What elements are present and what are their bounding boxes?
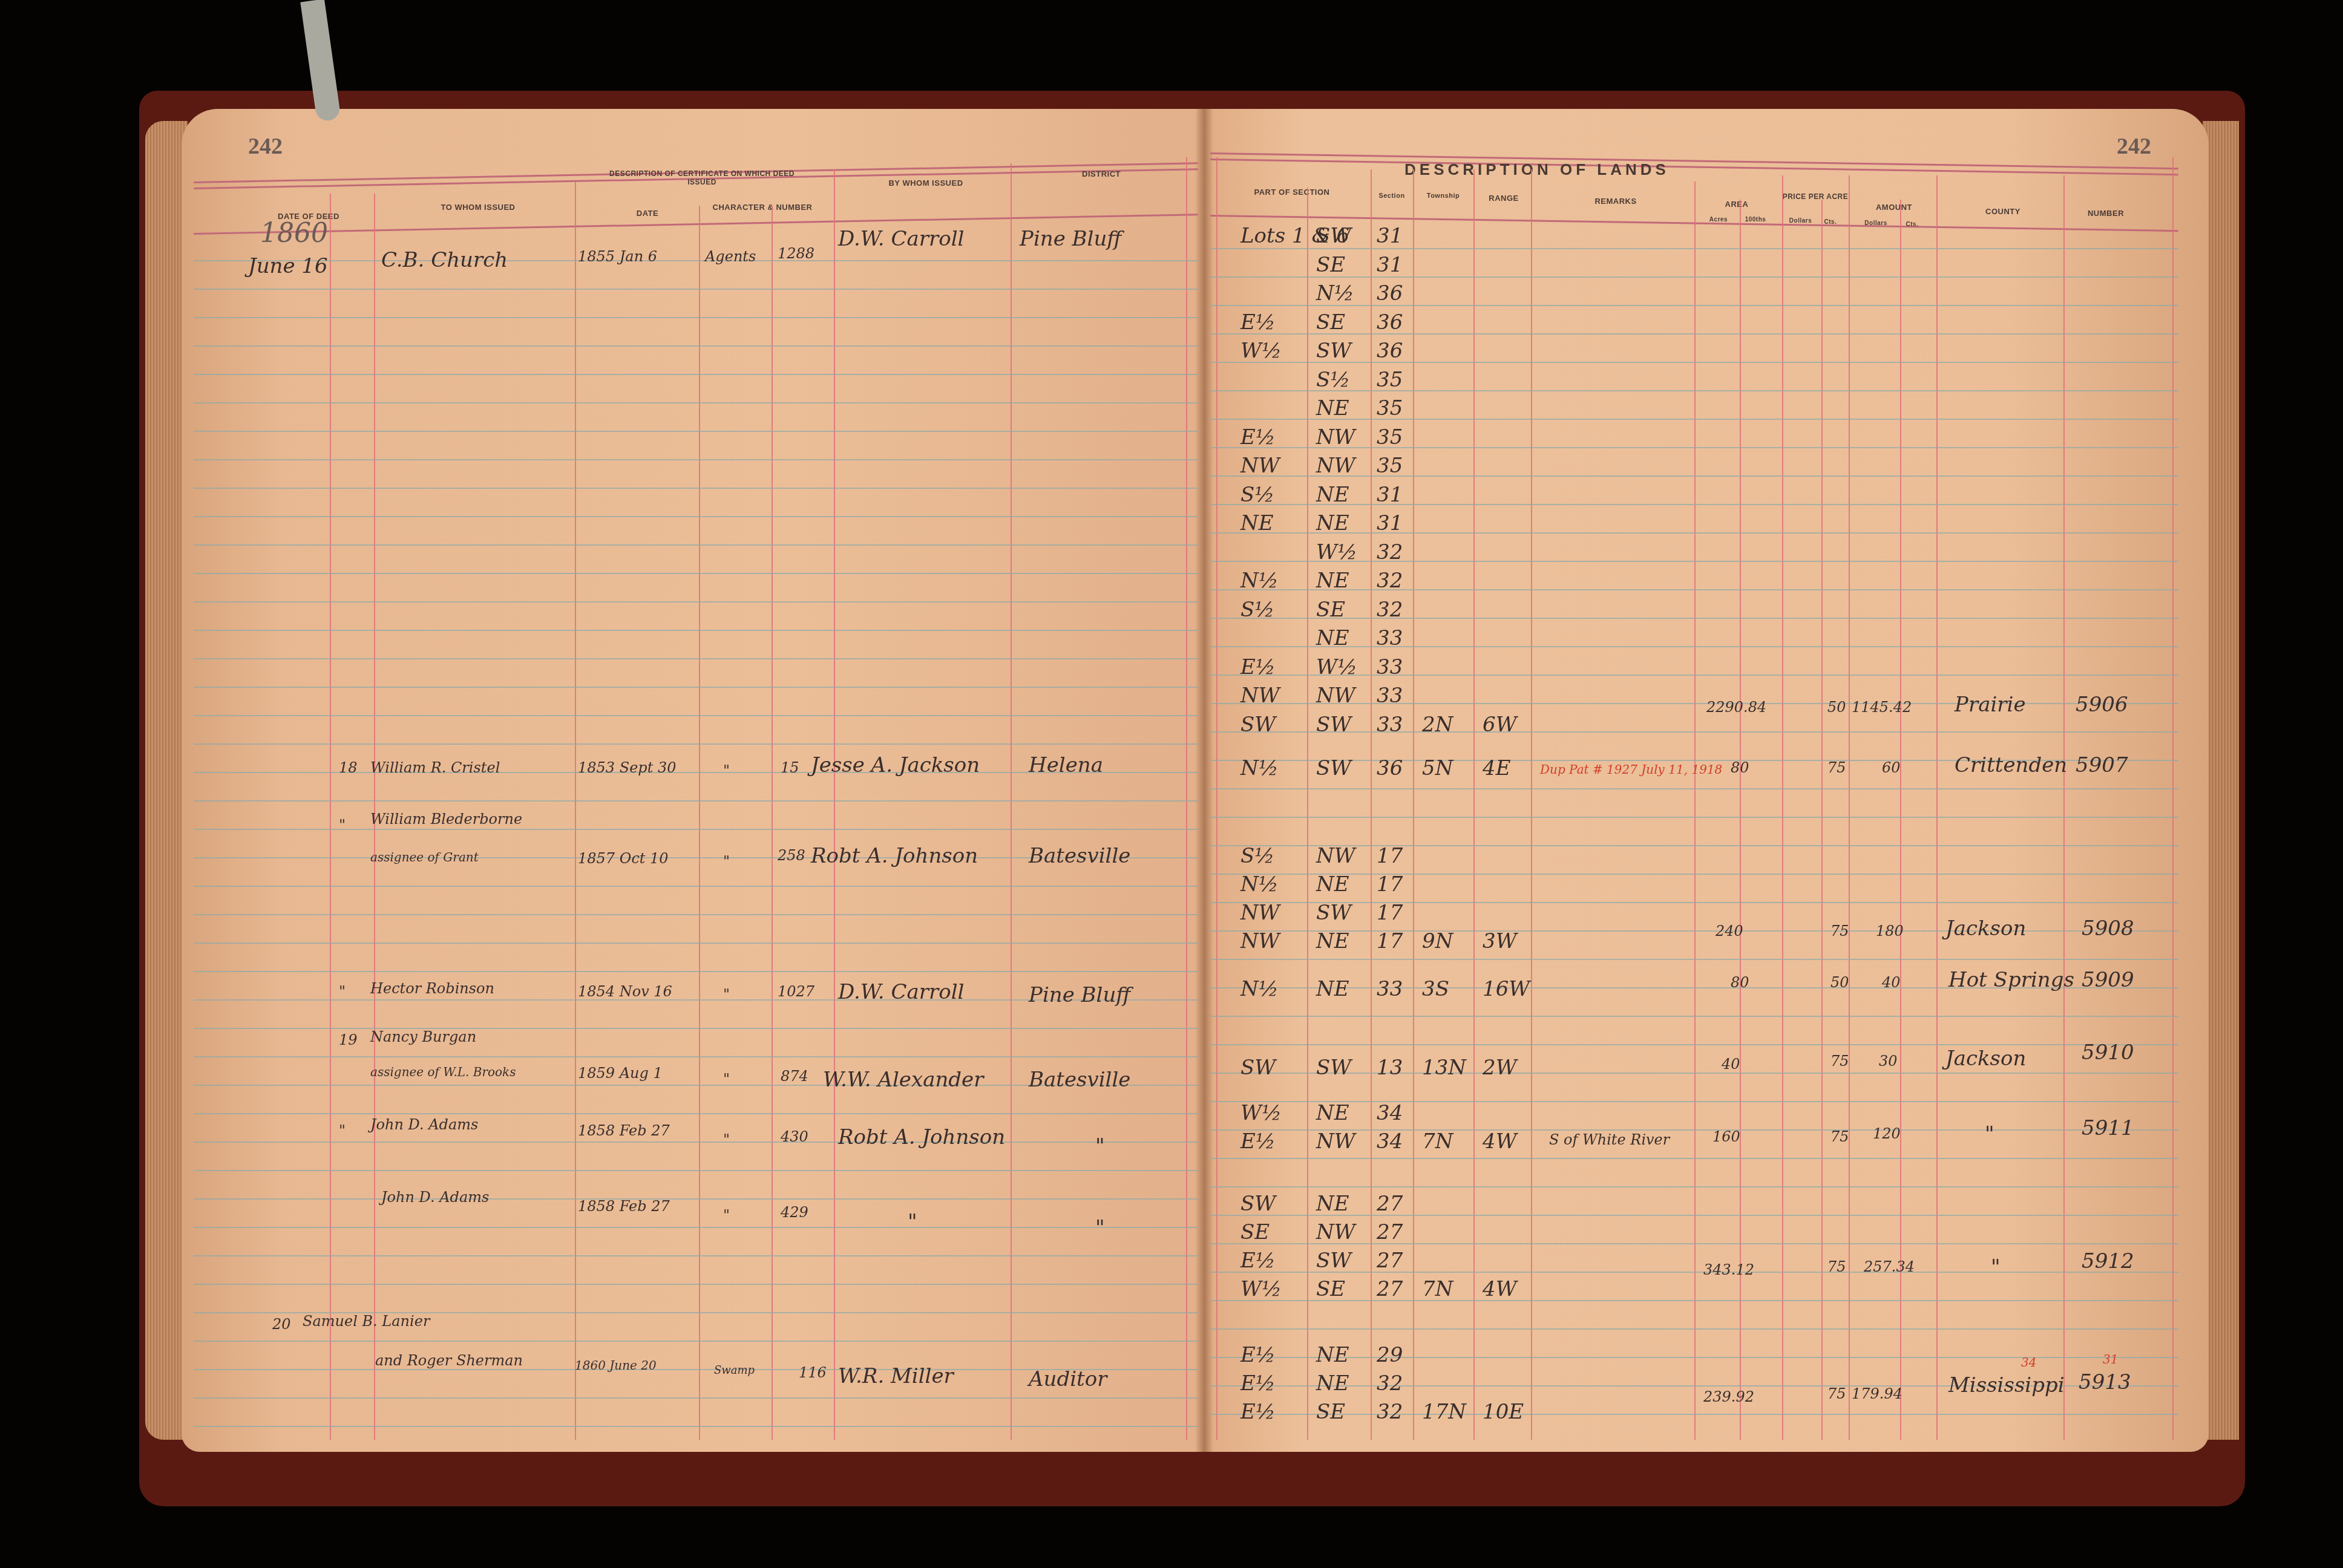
ledger-line: [1210, 532, 2178, 534]
quarter-section: SE: [1316, 1400, 1345, 1424]
book-gutter: [1195, 109, 1213, 1452]
ledger-line: [1210, 1073, 2178, 1074]
township: 2N: [1422, 713, 1453, 737]
part-of-section: S½: [1240, 483, 1274, 507]
certificate-character: ": [723, 762, 730, 779]
section-number: 32: [1377, 1371, 1403, 1396]
township: 17N: [1422, 1400, 1466, 1424]
certificate-number: 429: [781, 1204, 808, 1221]
record-number: 5913: [2079, 1370, 2131, 1394]
part-of-section: E½: [1240, 1129, 1276, 1154]
district: ": [1095, 1216, 1105, 1240]
ledger-line: [194, 687, 1198, 688]
quarter-section: NE: [1316, 1343, 1349, 1367]
ledger-line: [1210, 1044, 2178, 1045]
ledger-line: [1210, 788, 2178, 789]
part-of-section: N½: [1240, 756, 1279, 780]
issuer-name: Robt A. Johnson: [838, 1125, 1005, 1149]
section-number: 34: [1377, 1129, 1403, 1154]
column-rule: [575, 181, 576, 1440]
amount: 1145.42: [1852, 699, 1912, 716]
ledger-line: [194, 459, 1198, 460]
part-of-section: NW: [1240, 684, 1280, 708]
county: Jackson: [1945, 916, 2026, 941]
ledger-line: [194, 1113, 1198, 1114]
page-number-right: 242: [2117, 133, 2151, 160]
county: Hot Springs: [1948, 968, 2074, 992]
part-of-section: S½: [1240, 844, 1274, 868]
part-of-section: NW: [1240, 454, 1280, 478]
part-of-section: N½: [1240, 872, 1279, 897]
ledger-line: [194, 317, 1198, 318]
certificate-character: ": [723, 1207, 730, 1224]
section-number: 31: [1377, 253, 1403, 277]
ledger-line: [1210, 589, 2178, 590]
issuer-name: Robt A. Johnson: [811, 844, 978, 868]
range: 10E: [1483, 1400, 1524, 1424]
grantee-co-name: and Roger Sherman: [375, 1352, 523, 1369]
district: Pine Bluff: [1020, 227, 1121, 251]
column-rule: [1849, 175, 1850, 1440]
ledger-line: [194, 800, 1198, 802]
amount: 60: [1882, 759, 1901, 776]
quarter-section: NW: [1316, 454, 1355, 478]
certificate-number: 15: [781, 759, 799, 776]
quarter-section: SE: [1316, 253, 1345, 277]
grantee-name: C.B. Church: [381, 248, 508, 272]
certificate-date: 1860 June 20: [575, 1358, 657, 1373]
ledger-line: [194, 1170, 1198, 1171]
ledger-line: [194, 601, 1198, 603]
ledger-line: [1210, 1158, 2178, 1159]
ledger-line: [1210, 248, 2178, 249]
ledger-line: [1210, 959, 2178, 960]
deed-date: 18: [339, 759, 358, 776]
ledger-line: [1210, 930, 2178, 932]
section-number: 35: [1377, 368, 1403, 392]
area-acres: 240: [1715, 923, 1743, 939]
part-of-section: NE: [1240, 511, 1274, 535]
deed-date: ": [339, 817, 346, 834]
certificate-number: 1288: [778, 245, 814, 262]
quarter-section: NE: [1316, 1192, 1349, 1216]
grantee-name: Nancy Burgan: [370, 1028, 476, 1045]
section-number: 17: [1377, 872, 1403, 897]
district: Helena: [1029, 753, 1103, 777]
range: 4W: [1483, 1277, 1517, 1301]
certificate-number: 430: [781, 1128, 808, 1145]
section-number: 32: [1377, 569, 1403, 593]
quarter-section: N½: [1316, 281, 1354, 305]
column-rule: [1936, 175, 1938, 1440]
section-number: 33: [1377, 684, 1403, 708]
price-per-acre: 75: [1830, 1128, 1849, 1145]
issuer-name: D.W. Carroll: [838, 227, 964, 251]
quarter-section: NE: [1316, 483, 1349, 507]
section-number: 33: [1377, 626, 1403, 650]
ledger-line: [194, 516, 1198, 517]
ledger-line: [1210, 390, 2178, 391]
record-number: 5911: [2082, 1116, 2134, 1140]
township: 7N: [1422, 1277, 1453, 1301]
header-character-number: Character & Number: [702, 203, 823, 212]
quarter-section: SE: [1316, 310, 1345, 335]
township: 7N: [1422, 1129, 1453, 1154]
certificate-date: 1859 Aug 1: [578, 1065, 663, 1082]
certificate-character: Swamp: [714, 1364, 755, 1377]
header-part-of-section: Part of Section: [1216, 188, 1368, 197]
ledger-line: [1210, 447, 2178, 448]
ledger-line: [194, 971, 1198, 972]
ledger-line: [194, 942, 1198, 944]
ledger-line: [1210, 1101, 2178, 1102]
amount: 257.34: [1864, 1258, 1915, 1275]
ledger-line: [194, 1341, 1198, 1342]
ledger-line: [194, 289, 1198, 290]
part-of-section: SW: [1240, 1056, 1276, 1080]
amount: 30: [1879, 1053, 1898, 1070]
ledger-line: [1210, 874, 2178, 875]
ledger-line: [1210, 276, 2178, 278]
quarter-section: NE: [1316, 511, 1349, 535]
deed-date: June 16: [248, 254, 328, 278]
record-number: 5908: [2082, 916, 2134, 941]
header-certificate-description: Description of Certificate on which Deed…: [599, 169, 805, 186]
quarter-section: NE: [1316, 396, 1349, 420]
ledger-line: [194, 1142, 1198, 1143]
price-per-acre: 75: [1830, 923, 1849, 939]
quarter-section: SW: [1316, 224, 1351, 248]
ledger-line: [194, 345, 1198, 347]
quarter-section: NW: [1316, 425, 1355, 449]
column-rule: [1371, 169, 1372, 1440]
header-by-whom-issued: By Whom Issued: [841, 178, 1011, 188]
column-rule: [1307, 188, 1308, 1440]
ledger-line: [194, 1028, 1198, 1029]
area-acres: 239.92: [1703, 1388, 1754, 1405]
quarter-section: SW: [1316, 713, 1351, 737]
ledger-line: [1210, 1186, 2178, 1187]
quarter-section: W½: [1316, 540, 1357, 564]
ledger-line: [1210, 1328, 2178, 1330]
township: 3S: [1422, 977, 1449, 1001]
section-number: 31: [1377, 224, 1403, 248]
certificate-number: 874: [781, 1068, 808, 1085]
header-number: Number: [2063, 209, 2148, 218]
ledger-line: [194, 1255, 1198, 1256]
ledger-line: [194, 658, 1198, 659]
part-of-section: N½: [1240, 977, 1279, 1001]
section-number: 31: [1377, 483, 1403, 507]
ledger-line: [194, 1056, 1198, 1057]
ledger-line: [1210, 646, 2178, 647]
amount: 179.94: [1852, 1385, 1902, 1402]
column-rule: [1900, 200, 1901, 1440]
certificate-character: ": [723, 1071, 730, 1088]
ledger-line: [194, 715, 1198, 716]
column-rule: [1413, 169, 1414, 1440]
grantee-name: William Blederborne: [370, 811, 522, 828]
section-number: 34: [1377, 1101, 1403, 1125]
ledger-line: [194, 1198, 1198, 1200]
deed-date: ": [339, 1122, 346, 1139]
section-number: 33: [1377, 977, 1403, 1001]
part-of-section: S½: [1240, 598, 1274, 622]
section-number: 27: [1377, 1249, 1403, 1273]
district: Pine Bluff: [1029, 983, 1130, 1007]
part-of-section: E½: [1240, 1343, 1276, 1367]
quarter-section: NE: [1316, 569, 1349, 593]
issuer-name: ": [908, 1210, 917, 1234]
range: 4W: [1483, 1129, 1517, 1154]
part-of-section: SE: [1240, 1220, 1270, 1244]
record-number: 5912: [2082, 1249, 2134, 1273]
section-number: 27: [1377, 1277, 1403, 1301]
amount: 40: [1882, 974, 1901, 991]
header-district: District: [1029, 169, 1174, 178]
ledger-line: [1210, 618, 2178, 619]
ledger-line: [194, 886, 1198, 887]
section-number: 33: [1377, 713, 1403, 737]
header-price-dollars: Dollars: [1784, 218, 1817, 224]
ledger-line: [1210, 1414, 2178, 1415]
section-number: 36: [1377, 756, 1403, 780]
column-rule: [772, 206, 773, 1440]
ledger-line: [1210, 504, 2178, 505]
certificate-number: 1027: [778, 983, 814, 1000]
header-amount-cents: Cts.: [1900, 221, 1924, 228]
quarter-section: NE: [1316, 872, 1349, 897]
section-number: 35: [1377, 396, 1403, 420]
county: ": [1991, 1255, 2001, 1279]
issuer-name: W.R. Miller: [838, 1364, 954, 1388]
quarter-section: NE: [1316, 977, 1349, 1001]
column-rule: [2063, 175, 2065, 1440]
section-number: 32: [1377, 1400, 1403, 1424]
column-rule: [1740, 200, 1741, 1440]
quarter-section: SE: [1316, 598, 1345, 622]
quarter-section: SW: [1316, 1249, 1351, 1273]
quarter-section: NW: [1316, 684, 1355, 708]
part-of-section: E½: [1240, 425, 1276, 449]
header-section: Section: [1371, 192, 1413, 200]
column-rule: [1473, 169, 1475, 1440]
ledger-line: [194, 544, 1198, 546]
header-range: Range: [1476, 194, 1531, 203]
range: 4E: [1483, 756, 1510, 780]
certificate-character: ": [723, 1131, 730, 1148]
range: 16W: [1483, 977, 1530, 1001]
issuer-name: D.W. Carroll: [838, 980, 964, 1004]
quarter-section: NW: [1316, 844, 1355, 868]
header-cert-date: Date: [599, 209, 696, 218]
county: Jackson: [1945, 1047, 2026, 1071]
ledger-line: [1210, 902, 2178, 903]
column-rule: [1782, 175, 1783, 1440]
header-amount: Amount: [1852, 203, 1936, 212]
area-acres: 2290.84: [1706, 699, 1766, 716]
ledger-line: [1210, 419, 2178, 420]
header-amount-dollars: Dollars: [1858, 220, 1894, 227]
header-township: Township: [1416, 192, 1470, 200]
ledger-line: [1210, 1300, 2178, 1301]
ledger-line: [194, 402, 1198, 403]
section-number: 32: [1377, 598, 1403, 622]
ledger-line: [194, 374, 1198, 375]
section-number: 32: [1377, 540, 1403, 564]
grantee-name: William R. Cristel: [370, 759, 500, 776]
district: Auditor: [1029, 1367, 1107, 1391]
price-per-acre: 75: [1827, 759, 1846, 776]
quarter-section: NW: [1316, 1220, 1355, 1244]
deed-date: 19: [339, 1031, 358, 1048]
grantee-name: John D. Adams: [381, 1189, 489, 1206]
price-per-acre: 75: [1827, 1385, 1846, 1402]
part-of-section: E½: [1240, 1249, 1276, 1273]
certificate-number: 116: [799, 1364, 827, 1381]
header-price-per-acre: Price per Acre: [1782, 192, 1849, 201]
record-number: 5907: [2076, 753, 2128, 777]
column-rule: [1531, 169, 1532, 1440]
section-number: 35: [1377, 425, 1403, 449]
county: Prairie: [1955, 693, 2026, 717]
grantee-name: Hector Robinson: [370, 980, 494, 997]
certificate-date: 1853 Sept 30: [578, 759, 677, 776]
column-rule: [1821, 200, 1823, 1440]
quarter-section: S½: [1316, 368, 1350, 392]
range: 3W: [1483, 929, 1517, 953]
deed-date: ": [339, 983, 346, 1000]
ledger-line: [194, 914, 1198, 915]
certificate-date: 1855 Jan 6: [578, 248, 657, 265]
part-of-section: E½: [1240, 1371, 1276, 1396]
part-of-section: W½: [1240, 1277, 1282, 1301]
ledger-line: [194, 260, 1198, 261]
price-per-acre: 50: [1830, 974, 1849, 991]
ledger-line: [194, 630, 1198, 631]
section-number: 29: [1377, 1343, 1403, 1367]
part-of-section: SW: [1240, 1192, 1276, 1216]
area-acres: 160: [1712, 1128, 1740, 1145]
section-number: 35: [1377, 454, 1403, 478]
ledger-line: [1210, 1243, 2178, 1244]
section-number: 36: [1377, 281, 1403, 305]
ledger-line: [1210, 362, 2178, 363]
amount: 120: [1873, 1125, 1901, 1142]
price-per-acre: 50: [1827, 699, 1846, 716]
record-number: 5910: [2082, 1040, 2134, 1065]
grantee-name: Samuel B. Lanier: [303, 1313, 430, 1330]
column-rule: [1216, 157, 1217, 1440]
county: Mississippi: [1948, 1373, 2065, 1397]
ledger-line: [1210, 475, 2178, 477]
certificate-date: 1857 Oct 10: [578, 850, 669, 867]
section-number: 27: [1377, 1192, 1403, 1216]
ledger-line: [1210, 1016, 2178, 1017]
part-of-section: N½: [1240, 569, 1279, 593]
record-number: 5909: [2082, 968, 2134, 992]
record-number: 5906: [2076, 693, 2128, 717]
district: Batesville: [1029, 844, 1130, 868]
part-of-section: E½: [1240, 310, 1276, 335]
certificate-date: 1858 Feb 27: [578, 1122, 670, 1139]
ledger-line: [1210, 703, 2178, 704]
red-annotation: 34: [2021, 1355, 2036, 1370]
ledger-line: [194, 1397, 1198, 1399]
area-acres: 343.12: [1703, 1261, 1754, 1278]
part-of-section: W½: [1240, 339, 1282, 363]
quarter-section: SW: [1316, 339, 1351, 363]
section-number: 17: [1377, 929, 1403, 953]
township: 9N: [1422, 929, 1453, 953]
remarks: S of White River: [1549, 1131, 1670, 1148]
township: 13N: [1422, 1056, 1466, 1080]
ledger-line: [1210, 1129, 2178, 1131]
section-number: 13: [1377, 1056, 1403, 1080]
county: ": [1985, 1122, 1994, 1146]
ledger-line: [1210, 845, 2178, 846]
ledger-line: [194, 1227, 1198, 1228]
quarter-section: SE: [1316, 1277, 1345, 1301]
area-acres: 40: [1722, 1056, 1740, 1073]
column-rule: [1011, 163, 1012, 1440]
quarter-section: NE: [1316, 929, 1349, 953]
header-acres: Acres: [1700, 217, 1737, 223]
header-county: County: [1948, 207, 2057, 216]
quarter-section: NW: [1316, 1129, 1355, 1154]
column-rule: [699, 206, 700, 1440]
part-of-section: E½: [1240, 1400, 1276, 1424]
year-1860: 1860: [260, 218, 328, 249]
certificate-character: ": [723, 853, 730, 870]
ledger-line: [1210, 305, 2178, 306]
left-page: [182, 109, 1204, 1452]
column-rule: [1694, 181, 1696, 1440]
ledger-line: [1210, 333, 2178, 335]
amount: 180: [1876, 923, 1904, 939]
range: 2W: [1483, 1056, 1517, 1080]
part-of-section: W½: [1240, 1101, 1282, 1125]
ledger-line: [194, 431, 1198, 432]
section-number: 27: [1377, 1220, 1403, 1244]
header-to-whom-issued: To Whom Issued: [387, 203, 569, 212]
quarter-section: SW: [1316, 901, 1351, 925]
header-hundredths: 100ths: [1740, 217, 1771, 223]
section-number: 31: [1377, 511, 1403, 535]
quarter-section: NE: [1316, 1101, 1349, 1125]
grantee-name: John D. Adams: [370, 1116, 478, 1133]
certificate-character: Agents: [705, 248, 756, 265]
part-of-section: NW: [1240, 929, 1280, 953]
grantee-assignee: assignee of Grant: [370, 850, 479, 864]
area-acres: 80: [1731, 974, 1749, 991]
column-rule: [834, 169, 835, 1440]
certificate-number: 258: [778, 847, 805, 864]
part-of-section: E½: [1240, 655, 1276, 679]
district: Batesville: [1029, 1068, 1130, 1092]
certificate-character: ": [723, 986, 730, 1003]
header-remarks: Remarks: [1549, 197, 1682, 206]
ledger-line: [1210, 731, 2178, 733]
issuer-name: W.W. Alexander: [823, 1068, 983, 1092]
right-page: [1204, 109, 2209, 1452]
section-number: 33: [1377, 655, 1403, 679]
township: 5N: [1422, 756, 1453, 780]
area-acres: 80: [1731, 759, 1749, 776]
quarter-section: NE: [1316, 626, 1349, 650]
part-of-section: SW: [1240, 713, 1276, 737]
ledger-line: [1210, 1215, 2178, 1216]
